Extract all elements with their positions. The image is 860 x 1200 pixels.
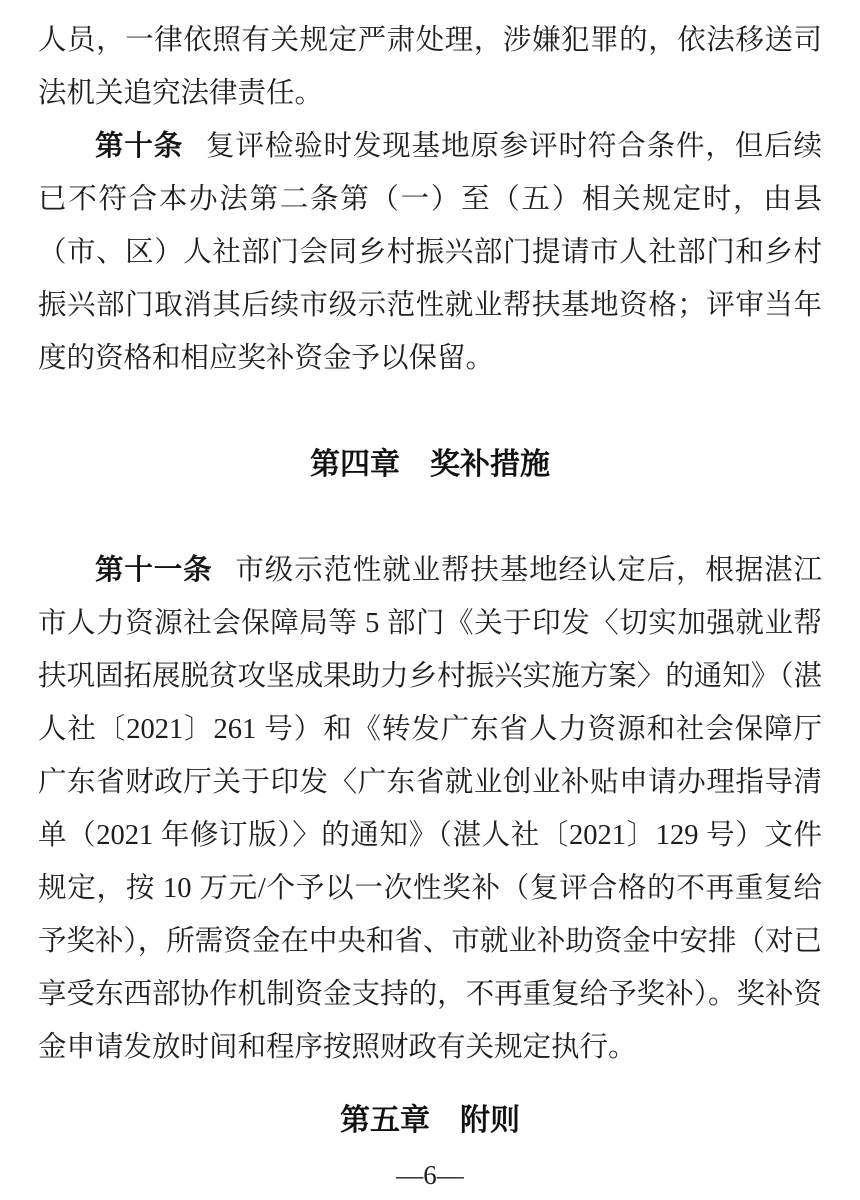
document-page: 人员，一律依照有关规定严肃处理，涉嫌犯罪的，依法移送司法机关追究法律责任。 第十… [0,0,860,1200]
article-11-text: 市级示范性就业帮扶基地经认定后，根据湛江市人力资源社会保障局等 5 部门《关于印… [38,555,851,1063]
article-10-text: 复评检验时发现基地原参评时符合条件，但后续已不符合本办法第二条第（一）至（五）相… [38,131,822,374]
paragraph-article-11: 第十一条市级示范性就业帮扶基地经认定后，根据湛江市人力资源社会保障局等 5 部门… [38,544,822,1074]
paragraph-continuation-text: 人员，一律依照有关规定严肃处理，涉嫌犯罪的，依法移送司法机关追究法律责任。 [38,25,822,109]
article-10-label: 第十条 [95,130,183,162]
paragraph-article-10: 第十条复评检验时发现基地原参评时符合条件，但后续已不符合本办法第二条第（一）至（… [38,120,822,385]
chapter-5-heading: 第五章 附则 [38,1094,822,1147]
paragraph-continuation: 人员，一律依照有关规定严肃处理，涉嫌犯罪的，依法移送司法机关追究法律责任。 [38,14,822,120]
chapter-4-heading: 第四章 奖补措施 [38,438,822,491]
article-11-label: 第十一条 [95,554,213,586]
page-number: —6— [38,1155,822,1195]
